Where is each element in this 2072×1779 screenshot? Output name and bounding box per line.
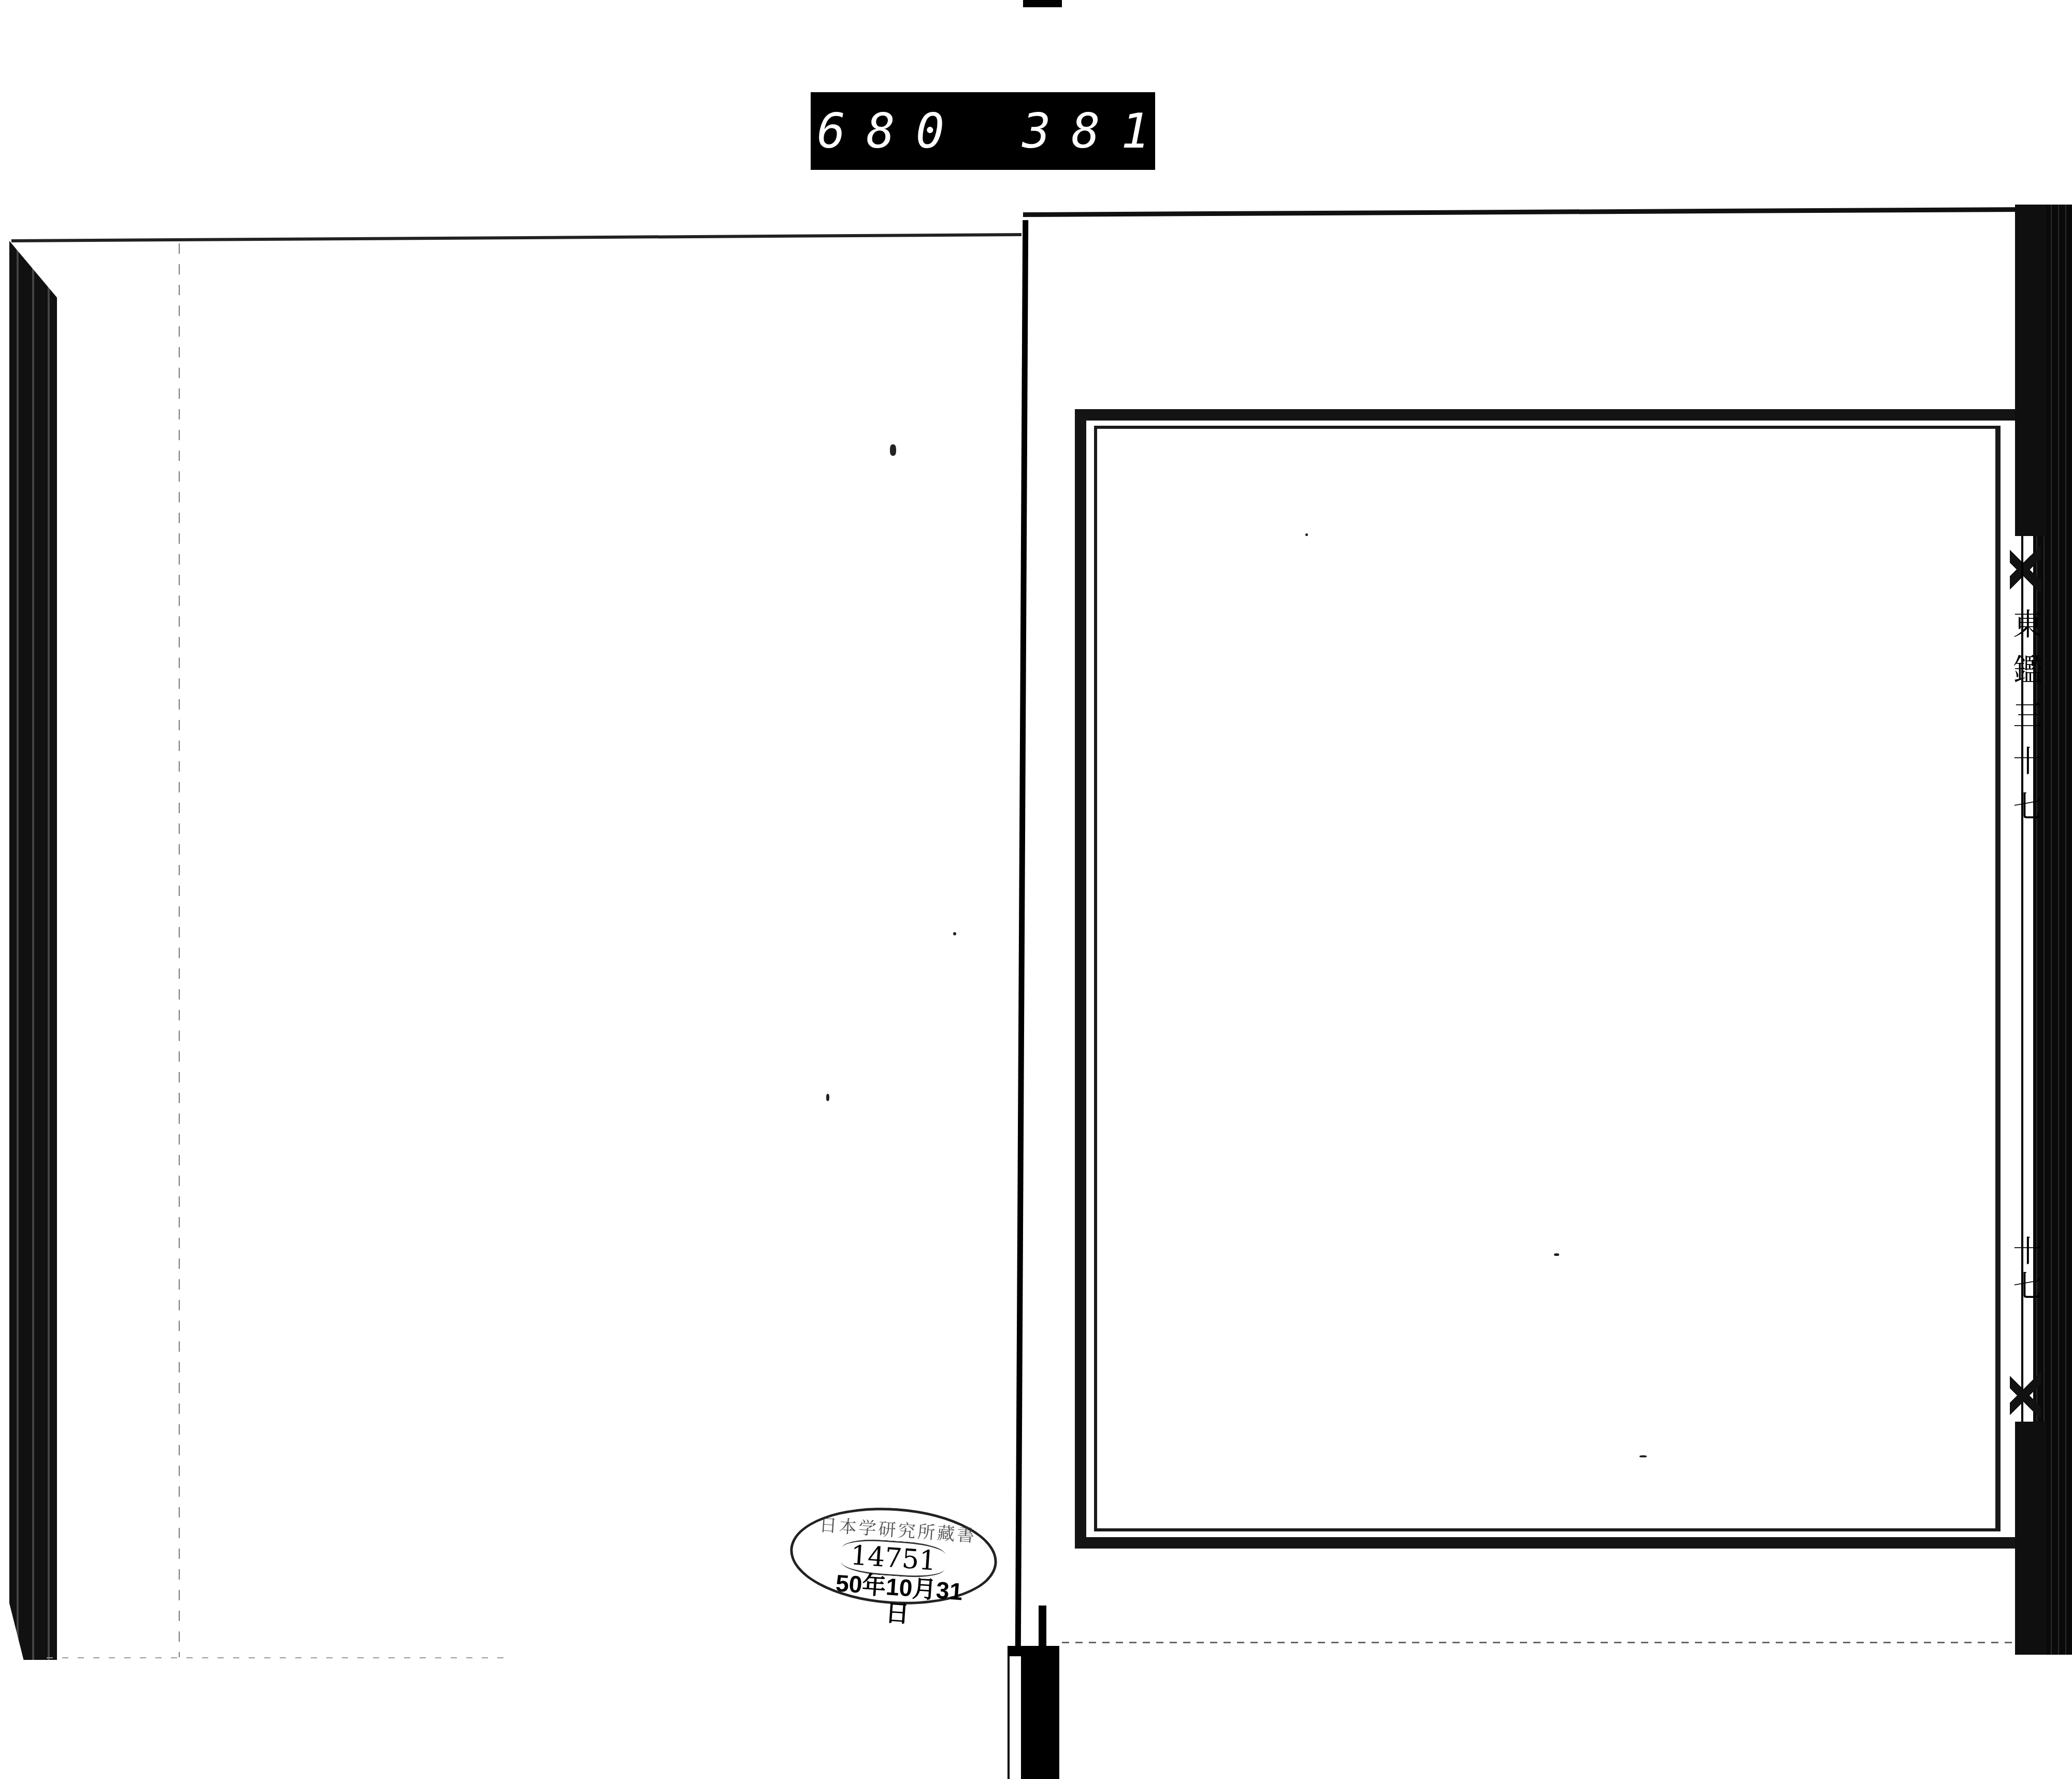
fold-black-mouth-top [2015,205,2046,536]
top-spine-stub [1023,0,1062,7]
gutter-stub [1039,1606,1046,1647]
ink-speck [953,932,956,935]
page-border-inner [1094,426,2001,1531]
gutter-bottom-block [1008,1646,1059,1779]
library-stamp: 日本学研究所藏書 14751 50年10月31日 [787,1501,1000,1611]
ink-speck [890,444,896,456]
left-page-outer-edge [9,241,57,1660]
right-page-top-edge [1023,207,2072,217]
right-page-bottom-edge [1062,1642,2036,1643]
ink-speck [1639,1455,1647,1457]
left-page-fold-guide [179,243,180,1657]
fold-black-mouth-bottom [2015,1422,2046,1655]
fish-tail-top-icon [2010,541,2041,598]
left-page-top-edge [11,233,1021,242]
gutter-line [1015,220,1028,1650]
fold-title-text: 東鑑三十七 [2010,609,2041,836]
counter-left-number: 680 [817,104,965,159]
fold-column: 東鑑三十七 十七 [2010,205,2072,1655]
fold-leaf-number: 十七 [2010,1235,2041,1306]
microfilm-frame-counter: 680 381. [811,92,1155,170]
fish-tail-bottom-icon [2010,1370,2041,1422]
stamp-date: 50年10月31日 [824,1569,972,1631]
ink-speck [1554,1253,1559,1256]
ink-speck [1305,533,1308,536]
left-page-bottom-edge [47,1657,513,1658]
counter-right-number: 381. [1022,104,1220,159]
ink-speck [826,1094,829,1101]
